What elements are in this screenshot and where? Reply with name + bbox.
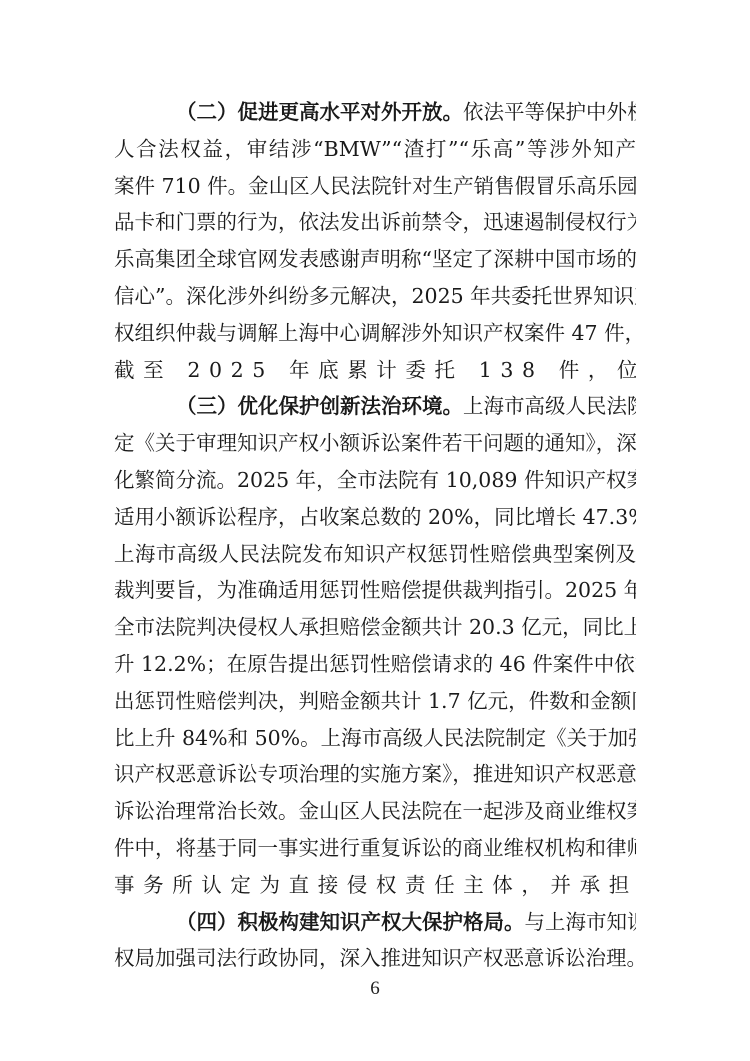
section-heading: （三）优化保护创新法治环境。 bbox=[176, 394, 463, 418]
text-line: 定《关于审理知识产权小额诉讼案件若干问题的通知》，深 bbox=[114, 425, 636, 462]
text-line: 品卡和门票的行为，依法发出诉前禁令，迅速遏制侵权行为， bbox=[114, 204, 636, 241]
paragraph-heading-line: （四）积极构建知识产权大保护格局。与上海市知识产 bbox=[114, 904, 636, 941]
text-line: 全市法院判决侵权人承担赔偿金额共计 20.3 亿元，同比上 bbox=[114, 609, 636, 646]
text-line: 适用小额诉讼程序，占收案总数的 20%，同比增长 47.3%。 bbox=[114, 499, 636, 536]
text-line: 信心”。深化涉外纠纷多元解决，2025 年共委托世界知识产 bbox=[114, 278, 636, 315]
text-line: 裁判要旨，为准确适用惩罚性赔偿提供裁判指引。2025 年， bbox=[114, 572, 636, 609]
text-line: 案件 710 件。金山区人民法院针对生产销售假冒乐高乐园礼 bbox=[114, 168, 636, 205]
text-line: 出惩罚性赔偿判决，判赔金额共计 1.7 亿元，件数和金额同 bbox=[114, 683, 636, 720]
section-heading: （四）积极构建知识产权大保护格局。 bbox=[176, 910, 525, 934]
document-page: （二）促进更高水平对外开放。依法平等保护中外权利 人合法权益，审结涉“BMW”“… bbox=[0, 0, 750, 1061]
text-line: 人合法权益，审结涉“BMW”“渣打”“乐高”等涉外知产 bbox=[114, 131, 636, 168]
text-line: 识产权恶意诉讼专项治理的实施方案》，推进知识产权恶意 bbox=[114, 756, 636, 793]
text-line: 比上升 84%和 50%。上海市高级人民法院制定《关于加强知 bbox=[114, 720, 636, 757]
paragraph-heading-line: （二）促进更高水平对外开放。依法平等保护中外权利 bbox=[114, 94, 636, 131]
text-line: 权局加强司法行政协同，深入推进知识产权恶意诉讼治理。 bbox=[114, 940, 636, 977]
text-span: 依法平等保护中外权利 bbox=[463, 100, 636, 124]
text-line: 权组织仲裁与调解上海中心调解涉外知识产权案件 47 件， bbox=[114, 315, 636, 352]
text-span: 上海市高级人民法院制 bbox=[463, 394, 636, 418]
text-line: 上海市高级人民法院发布知识产权惩罚性赔偿典型案例及 bbox=[114, 536, 636, 573]
section-heading: （二）促进更高水平对外开放。 bbox=[176, 100, 463, 124]
text-line: 乐高集团全球官网发表感谢声明称“坚定了深耕中国市场的 bbox=[114, 241, 636, 278]
text-line: 截至 2025 年底累计委托 138 件，位居全国法院首位。 bbox=[114, 352, 636, 389]
text-line: 件中，将基于同一事实进行重复诉讼的商业维权机构和律师 bbox=[114, 830, 636, 867]
document-body: （二）促进更高水平对外开放。依法平等保护中外权利 人合法权益，审结涉“BMW”“… bbox=[114, 94, 636, 977]
text-line: 事务所认定为直接侵权责任主体，并承担法律责任。 bbox=[114, 867, 636, 904]
page-number: 6 bbox=[0, 978, 750, 1000]
text-line: 化繁简分流。2025 年，全市法院有 10,089 件知识产权案件 bbox=[114, 462, 636, 499]
text-line: 诉讼治理常治长效。金山区人民法院在一起涉及商业维权案 bbox=[114, 793, 636, 830]
paragraph-heading-line: （三）优化保护创新法治环境。上海市高级人民法院制 bbox=[114, 388, 636, 425]
text-line: 升 12.2%；在原告提出惩罚性赔偿请求的 46 件案件中依法作 bbox=[114, 646, 636, 683]
text-span: 与上海市知识产 bbox=[525, 910, 637, 934]
